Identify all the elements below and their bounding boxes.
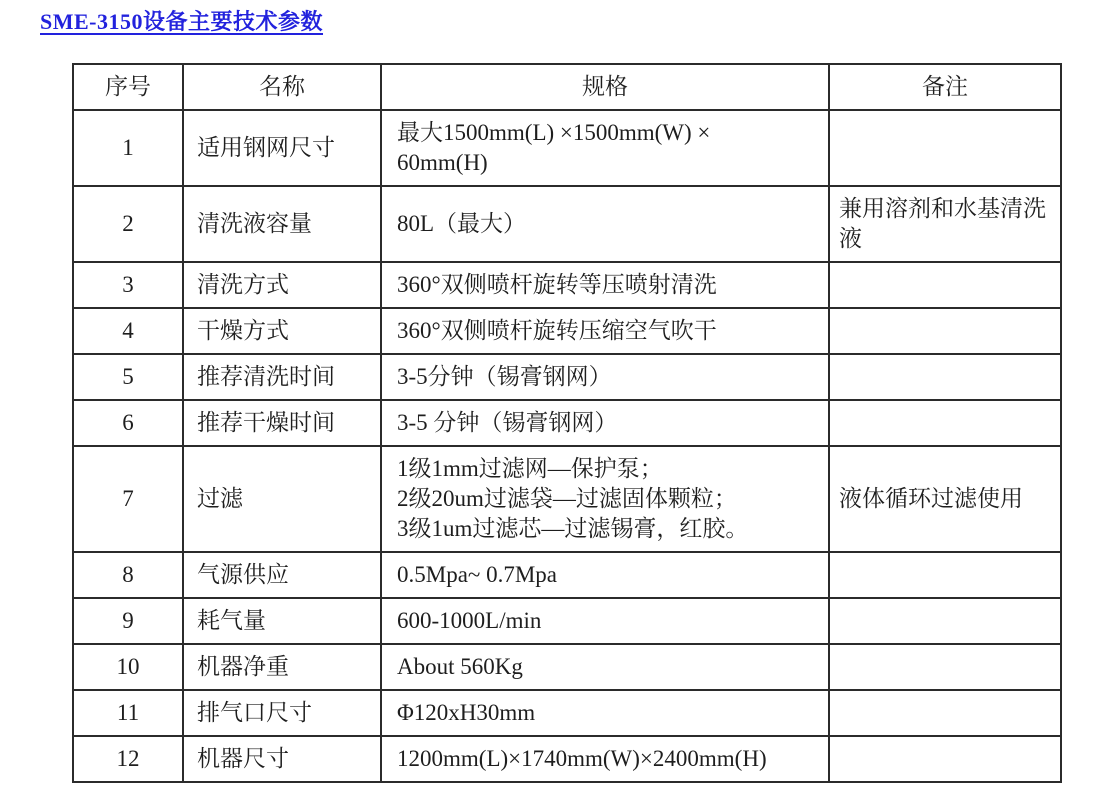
row-remark-cell: 兼用溶剂和水基清洗液 bbox=[829, 186, 1061, 262]
table-row: 11排气口尺寸Φ120xH30mm bbox=[73, 690, 1061, 736]
col-header-remark: 备注 bbox=[829, 64, 1061, 110]
table-row: 12机器尺寸1200mm(L)×1740mm(W)×2400mm(H) bbox=[73, 736, 1061, 782]
table-row: 7过滤1级1mm过滤网—保护泵； 2级20um过滤袋—过滤固体颗粒； 3级1um… bbox=[73, 446, 1061, 552]
row-name-cell: 机器净重 bbox=[183, 644, 381, 690]
row-remark-cell bbox=[829, 110, 1061, 186]
row-no-cell: 3 bbox=[73, 262, 183, 308]
table-row: 10机器净重About 560Kg bbox=[73, 644, 1061, 690]
row-remark-cell bbox=[829, 736, 1061, 782]
table-row: 1适用钢网尺寸最大1500mm(L) ×1500mm(W) × 60mm(H) bbox=[73, 110, 1061, 186]
document-page: SME-3150设备主要技术参数 序号 名称 规格 备注 1适用钢网尺寸最大15… bbox=[0, 0, 1095, 800]
row-remark-cell bbox=[829, 262, 1061, 308]
table-row: 9耗气量600-1000L/min bbox=[73, 598, 1061, 644]
row-no-cell: 12 bbox=[73, 736, 183, 782]
row-name-cell: 机器尺寸 bbox=[183, 736, 381, 782]
row-no-cell: 2 bbox=[73, 186, 183, 262]
row-spec-cell: 80L（最大） bbox=[381, 186, 829, 262]
row-spec-cell: 最大1500mm(L) ×1500mm(W) × 60mm(H) bbox=[381, 110, 829, 186]
row-no-cell: 4 bbox=[73, 308, 183, 354]
col-header-name: 名称 bbox=[183, 64, 381, 110]
row-remark-cell bbox=[829, 690, 1061, 736]
row-name-cell: 耗气量 bbox=[183, 598, 381, 644]
row-name-cell: 排气口尺寸 bbox=[183, 690, 381, 736]
table-row: 6推荐干燥时间3-5 分钟（锡膏钢网） bbox=[73, 400, 1061, 446]
row-no-cell: 10 bbox=[73, 644, 183, 690]
table-row: 8气源供应0.5Mpa~ 0.7Mpa bbox=[73, 552, 1061, 598]
row-remark-cell bbox=[829, 552, 1061, 598]
row-spec-cell: 3-5分钟（锡膏钢网） bbox=[381, 354, 829, 400]
row-remark-cell bbox=[829, 400, 1061, 446]
spec-table: 序号 名称 规格 备注 1适用钢网尺寸最大1500mm(L) ×1500mm(W… bbox=[72, 63, 1062, 783]
row-spec-cell: 0.5Mpa~ 0.7Mpa bbox=[381, 552, 829, 598]
row-spec-cell: 360°双侧喷杆旋转等压喷射清洗 bbox=[381, 262, 829, 308]
row-name-cell: 气源供应 bbox=[183, 552, 381, 598]
row-spec-cell: 360°双侧喷杆旋转压缩空气吹干 bbox=[381, 308, 829, 354]
row-name-cell: 清洗方式 bbox=[183, 262, 381, 308]
row-no-cell: 11 bbox=[73, 690, 183, 736]
table-row: 5推荐清洗时间3-5分钟（锡膏钢网） bbox=[73, 354, 1061, 400]
row-remark-cell bbox=[829, 354, 1061, 400]
header-row: 序号 名称 规格 备注 bbox=[73, 64, 1061, 110]
row-no-cell: 8 bbox=[73, 552, 183, 598]
table-row: 3清洗方式360°双侧喷杆旋转等压喷射清洗 bbox=[73, 262, 1061, 308]
row-spec-cell: 3-5 分钟（锡膏钢网） bbox=[381, 400, 829, 446]
row-remark-cell bbox=[829, 308, 1061, 354]
row-name-cell: 推荐干燥时间 bbox=[183, 400, 381, 446]
row-remark-cell bbox=[829, 598, 1061, 644]
spec-table-body: 1适用钢网尺寸最大1500mm(L) ×1500mm(W) × 60mm(H)2… bbox=[73, 110, 1061, 782]
row-spec-cell: 600-1000L/min bbox=[381, 598, 829, 644]
row-no-cell: 9 bbox=[73, 598, 183, 644]
row-name-cell: 清洗液容量 bbox=[183, 186, 381, 262]
row-name-cell: 推荐清洗时间 bbox=[183, 354, 381, 400]
row-no-cell: 7 bbox=[73, 446, 183, 552]
row-remark-cell bbox=[829, 644, 1061, 690]
col-header-spec: 规格 bbox=[381, 64, 829, 110]
row-name-cell: 适用钢网尺寸 bbox=[183, 110, 381, 186]
row-spec-cell: About 560Kg bbox=[381, 644, 829, 690]
row-no-cell: 1 bbox=[73, 110, 183, 186]
row-spec-cell: 1200mm(L)×1740mm(W)×2400mm(H) bbox=[381, 736, 829, 782]
row-spec-cell: Φ120xH30mm bbox=[381, 690, 829, 736]
table-row: 4干燥方式360°双侧喷杆旋转压缩空气吹干 bbox=[73, 308, 1061, 354]
table-row: 2清洗液容量80L（最大）兼用溶剂和水基清洗液 bbox=[73, 186, 1061, 262]
row-name-cell: 过滤 bbox=[183, 446, 381, 552]
col-header-no: 序号 bbox=[73, 64, 183, 110]
page-title: SME-3150设备主要技术参数 bbox=[40, 5, 323, 36]
row-name-cell: 干燥方式 bbox=[183, 308, 381, 354]
spec-table-header: 序号 名称 规格 备注 bbox=[73, 64, 1061, 110]
row-no-cell: 5 bbox=[73, 354, 183, 400]
row-no-cell: 6 bbox=[73, 400, 183, 446]
row-spec-cell: 1级1mm过滤网—保护泵； 2级20um过滤袋—过滤固体颗粒； 3级1um过滤芯… bbox=[381, 446, 829, 552]
row-remark-cell: 液体循环过滤使用 bbox=[829, 446, 1061, 552]
